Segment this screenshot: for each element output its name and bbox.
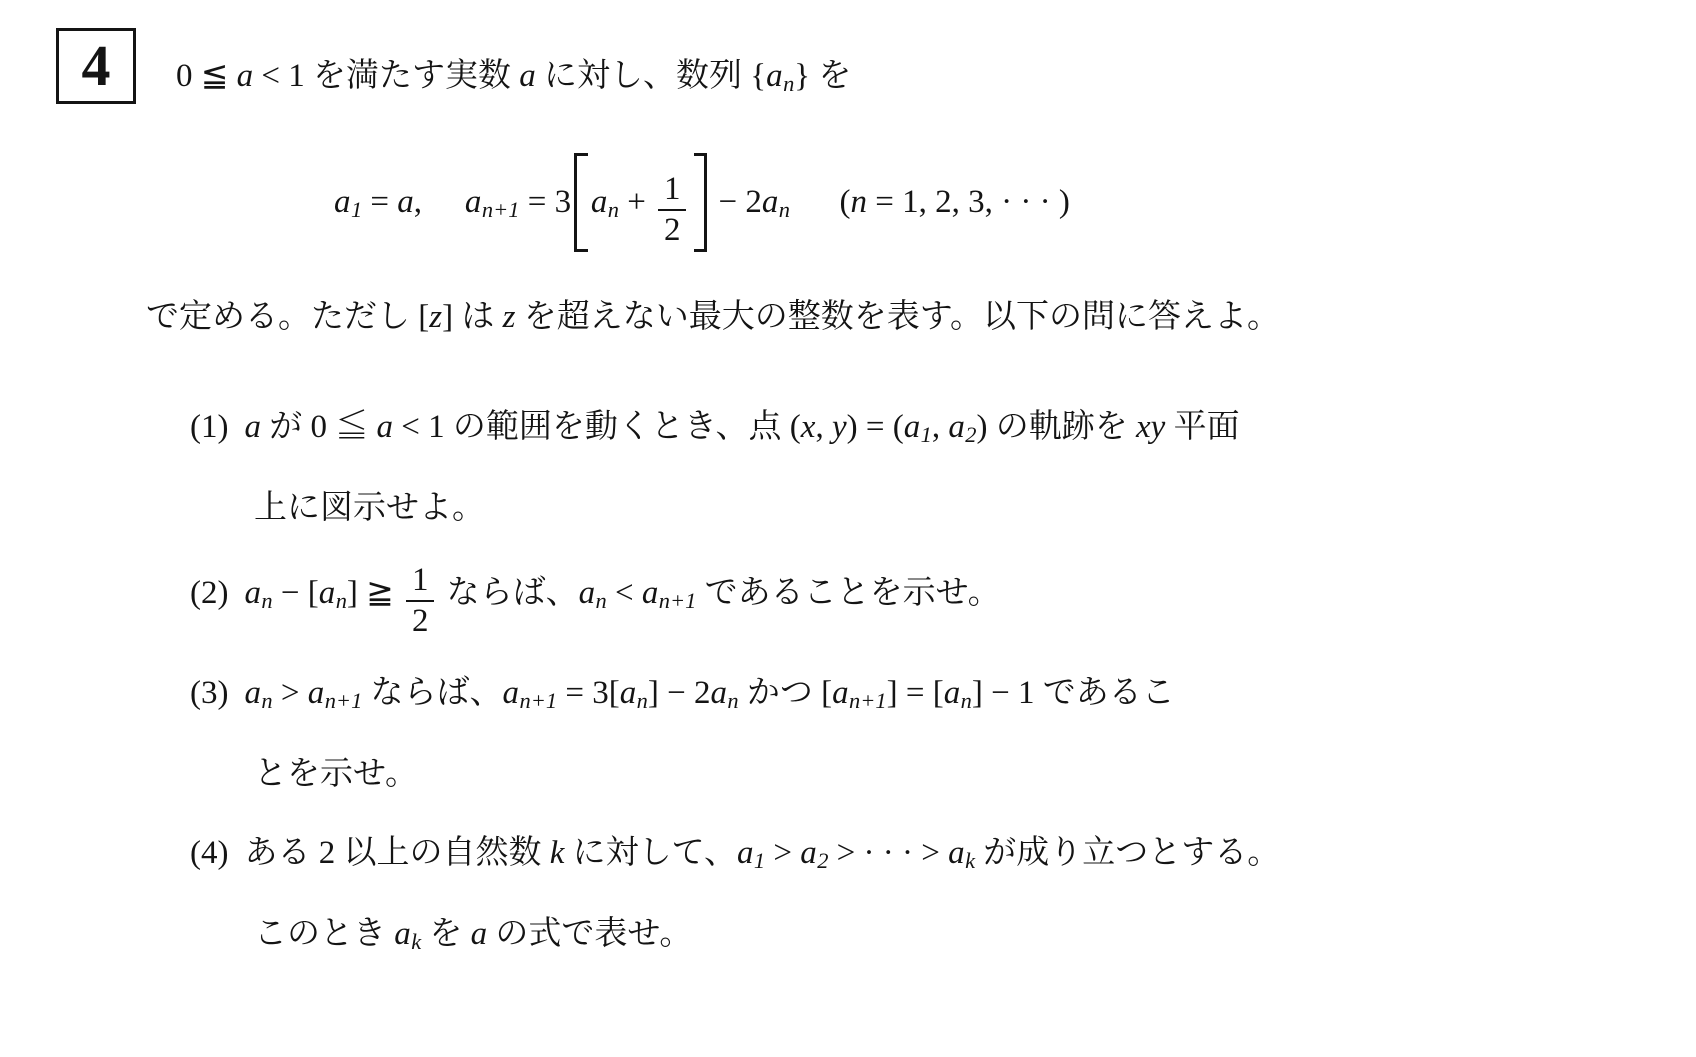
- math-base: a: [465, 184, 482, 220]
- math-subscript: n: [608, 197, 619, 222]
- question-2: (2)an − [an] ≧ 12 ならば、an < an+1 であることを示せ…: [190, 562, 1666, 639]
- math-subscript: 2: [965, 422, 976, 447]
- question-1-line-1: (1)a が 0 ≦ a < 1 の範囲を動くとき、点 (x, y) = (a1…: [190, 402, 1666, 453]
- math-base: a: [334, 184, 351, 220]
- math-roman: 0 ≦: [310, 409, 376, 445]
- math-subscripted: an: [244, 675, 272, 711]
- math-roman: ): [977, 409, 996, 445]
- text-run: であるこ: [1043, 675, 1175, 711]
- math-variable: a: [519, 58, 536, 94]
- math-variable: x: [801, 409, 816, 445]
- text-run: を超えない最大の整数を表す。以下の問に答えよ。: [515, 299, 1280, 335]
- math-roman: (: [839, 184, 850, 220]
- math-subscripted: an: [766, 58, 794, 94]
- math-base: a: [948, 409, 965, 445]
- math-base: a: [710, 675, 727, 711]
- text-run: 上に図示せよ。: [254, 490, 485, 526]
- question-list: (1)a が 0 ≦ a < 1 の範囲を動くとき、点 (x, y) = (a1…: [190, 402, 1666, 960]
- text-run: とを示せ。: [254, 756, 418, 792]
- math-variable: a: [471, 916, 488, 952]
- math-variable: k: [550, 835, 565, 871]
- math-base: a: [591, 184, 608, 220]
- math-subscripted: ak: [948, 835, 975, 871]
- math-roman: ,: [932, 409, 949, 445]
- math-roman: 0 ≦: [176, 58, 237, 94]
- math-roman: < 1: [253, 58, 313, 94]
- math-roman: <: [607, 575, 642, 611]
- math-roman: = 1, 2, 3, · · · ): [867, 184, 1070, 220]
- math-variable: z: [503, 299, 516, 335]
- floor-function-note: で定める。ただし [z] は z を超えない最大の整数を表す。以下の問に答えよ。: [146, 294, 1666, 340]
- math-subscripted: an+1: [642, 575, 697, 611]
- math-base: a: [762, 184, 779, 220]
- math-roman: [: [821, 675, 832, 711]
- text-run: かつ: [739, 675, 822, 711]
- math-subscript: n: [961, 688, 972, 713]
- math-subscripted: an: [710, 675, 738, 711]
- math-base: a: [766, 58, 783, 94]
- problem-number: 4: [82, 37, 111, 95]
- text-run: このとき: [254, 916, 394, 952]
- math-subscripted: a1: [904, 409, 932, 445]
- text-run: ならば、: [438, 575, 578, 611]
- text-run: ならば、: [362, 675, 502, 711]
- intro-statement: 0 ≦ a < 1 を満たす実数 a に対し、数列 {an} を: [176, 54, 851, 104]
- math-roman: = 3[: [557, 675, 620, 711]
- text-run: で定める。ただし: [146, 299, 418, 335]
- math-subscripted: an: [620, 675, 648, 711]
- math-base: a: [944, 675, 961, 711]
- question-4-line-2: このとき ak を a の式で表せ。: [190, 909, 1666, 960]
- text-run: の軌跡を: [996, 409, 1136, 445]
- math-subscript: n: [637, 688, 648, 713]
- math-base: a: [620, 675, 637, 711]
- text-run: は: [453, 299, 503, 335]
- math-subscripted: an+1: [503, 675, 558, 711]
- text-run: の式で表せ。: [487, 916, 692, 952]
- math-roman: ] − 2: [648, 675, 711, 711]
- question-3-line-2: とを示せ。: [190, 749, 1666, 800]
- math-roman: ,: [414, 184, 422, 220]
- math-roman: ] − 1: [972, 675, 1043, 711]
- math-base: a: [308, 675, 325, 711]
- fraction-numerator: 1: [406, 562, 434, 600]
- math-roman: < 1: [393, 409, 453, 445]
- math-base: a: [244, 575, 261, 611]
- text-run: 以上の自然数: [343, 835, 549, 871]
- problem-number-box: 4: [56, 28, 136, 104]
- question-4-label: (4): [190, 835, 228, 871]
- math-roman: =: [362, 184, 397, 220]
- question-4-text-1: ある 2 以上の自然数 k に対して、a1 > a2 > · · · > ak …: [244, 835, 1280, 871]
- math-subscript: n+1: [519, 688, 557, 713]
- math-subscript: n: [727, 688, 738, 713]
- fraction-denominator: 2: [658, 209, 686, 249]
- math-subscripted: an: [579, 575, 607, 611]
- math-variable: a: [397, 184, 414, 220]
- text-run: ある: [244, 835, 318, 871]
- math-base: a: [642, 575, 659, 611]
- math-roman: ) = (: [847, 409, 904, 445]
- math-roman: 2: [319, 835, 344, 871]
- math-variable: a: [376, 409, 393, 445]
- text-run: を満たす実数: [313, 58, 519, 94]
- text-run: が: [261, 409, 311, 445]
- math-variable: a: [244, 409, 261, 445]
- math-subscripted: an: [944, 675, 972, 711]
- problem-header: 4 0 ≦ a < 1 を満たす実数 a に対し、数列 {an} を: [56, 28, 1666, 104]
- text-run: を: [810, 58, 851, 94]
- math-roman: ] = [: [887, 675, 944, 711]
- math-base: a: [904, 409, 921, 445]
- text-run: が成り立つとする。: [975, 835, 1280, 871]
- math-roman: (: [790, 409, 801, 445]
- math-subscript: 1: [351, 197, 362, 222]
- math-variable: z: [429, 299, 442, 335]
- text-run: に対して、: [564, 835, 737, 871]
- math-variable: xy: [1136, 409, 1165, 445]
- math-subscripted: ak: [394, 916, 421, 952]
- question-3-label: (3): [190, 675, 228, 711]
- math-roman: − 2: [710, 184, 762, 220]
- math-base: a: [244, 675, 261, 711]
- math-subscript: 1: [754, 848, 765, 873]
- exam-problem-page: 4 0 ≦ a < 1 を満たす実数 a に対し、数列 {an} を a1 = …: [0, 0, 1696, 1057]
- question-3-line-1: (3)an > an+1 ならば、an+1 = 3[an] − 2an かつ […: [190, 668, 1666, 719]
- big-right-bracket: [694, 153, 707, 252]
- math-subscripted: a2: [948, 409, 976, 445]
- math-variable: y: [832, 409, 847, 445]
- math-subscript: 2: [817, 848, 828, 873]
- math-base: a: [948, 835, 965, 871]
- text-run: 平面: [1165, 409, 1239, 445]
- math-subscripted: an: [244, 575, 272, 611]
- recurrence-formula: a1 = a,an+1 = 3an + 12 − 2an(n = 1, 2, 3…: [334, 148, 1666, 260]
- fraction-denominator: 2: [406, 600, 434, 640]
- math-roman: }: [794, 58, 810, 94]
- math-subscripted: an: [591, 184, 619, 220]
- text-run: を: [421, 916, 471, 952]
- question-4: (4)ある 2 以上の自然数 k に対して、a1 > a2 > · · · > …: [190, 828, 1666, 960]
- question-1-text-1: a が 0 ≦ a < 1 の範囲を動くとき、点 (x, y) = (a1, a…: [244, 409, 1239, 445]
- math-subscripted: a2: [800, 835, 828, 871]
- question-3-text-1: an > an+1 ならば、an+1 = 3[an] − 2an かつ [an+…: [244, 675, 1174, 711]
- math-roman: +: [619, 184, 654, 220]
- math-roman: = 3: [519, 184, 571, 220]
- math-roman: {: [750, 58, 766, 94]
- question-4-line-1: (4)ある 2 以上の自然数 k に対して、a1 > a2 > · · · > …: [190, 828, 1666, 879]
- math-subscripted: an: [319, 575, 347, 611]
- math-subscript: n: [261, 588, 272, 613]
- math-base: a: [503, 675, 520, 711]
- math-base: a: [394, 916, 411, 952]
- math-variable: a: [237, 58, 254, 94]
- math-base: a: [737, 835, 754, 871]
- math-subscript: n: [261, 688, 272, 713]
- question-1-label: (1): [190, 409, 228, 445]
- math-roman: >: [273, 675, 308, 711]
- math-subscript: n: [783, 71, 794, 96]
- question-2-text-1: an − [an] ≧ 12 ならば、an < an+1 であることを示せ。: [244, 575, 1000, 611]
- math-subscripted: an+1: [465, 184, 520, 220]
- math-subscript: n+1: [482, 197, 520, 222]
- math-roman: ] ≧: [347, 575, 402, 611]
- math-subscript: k: [411, 929, 421, 954]
- math-subscript: 1: [921, 422, 932, 447]
- math-subscript: k: [965, 848, 975, 873]
- math-fraction: 12: [406, 562, 434, 639]
- question-2-line-1: (2)an − [an] ≧ 12 ならば、an < an+1 であることを示せ…: [190, 562, 1666, 639]
- math-variable: n: [850, 184, 867, 220]
- math-roman: ,: [815, 409, 832, 445]
- math-subscript: n: [336, 588, 347, 613]
- math-roman: ]: [442, 299, 453, 335]
- math-base: a: [832, 675, 849, 711]
- question-2-label: (2): [190, 575, 228, 611]
- math-subscript: n+1: [659, 588, 697, 613]
- math-subscripted: a1: [737, 835, 765, 871]
- math-subscript: n+1: [325, 688, 363, 713]
- math-roman: − [: [273, 575, 319, 611]
- math-subscript: n: [596, 588, 607, 613]
- text-run: に対し、数列: [536, 58, 751, 94]
- math-base: a: [579, 575, 596, 611]
- math-subscript: n+1: [849, 688, 887, 713]
- math-fraction: 12: [658, 171, 686, 248]
- question-1: (1)a が 0 ≦ a < 1 の範囲を動くとき、点 (x, y) = (a1…: [190, 402, 1666, 534]
- math-subscripted: a1: [334, 184, 362, 220]
- math-subscript: n: [779, 197, 790, 222]
- math-base: a: [319, 575, 336, 611]
- text-run: の範囲を動くとき、点: [453, 409, 790, 445]
- math-roman: > · · · >: [828, 835, 948, 871]
- text-run: であることを示せ。: [696, 575, 1000, 611]
- question-1-line-2: 上に図示せよ。: [190, 483, 1666, 534]
- math-base: a: [800, 835, 817, 871]
- fraction-numerator: 1: [658, 171, 686, 209]
- math-subscripted: an: [762, 184, 790, 220]
- math-subscripted: an+1: [832, 675, 887, 711]
- question-3: (3)an > an+1 ならば、an+1 = 3[an] − 2an かつ […: [190, 668, 1666, 800]
- big-left-bracket: [574, 153, 587, 252]
- math-subscripted: an+1: [308, 675, 363, 711]
- math-roman: [: [418, 299, 429, 335]
- math-roman: >: [765, 835, 800, 871]
